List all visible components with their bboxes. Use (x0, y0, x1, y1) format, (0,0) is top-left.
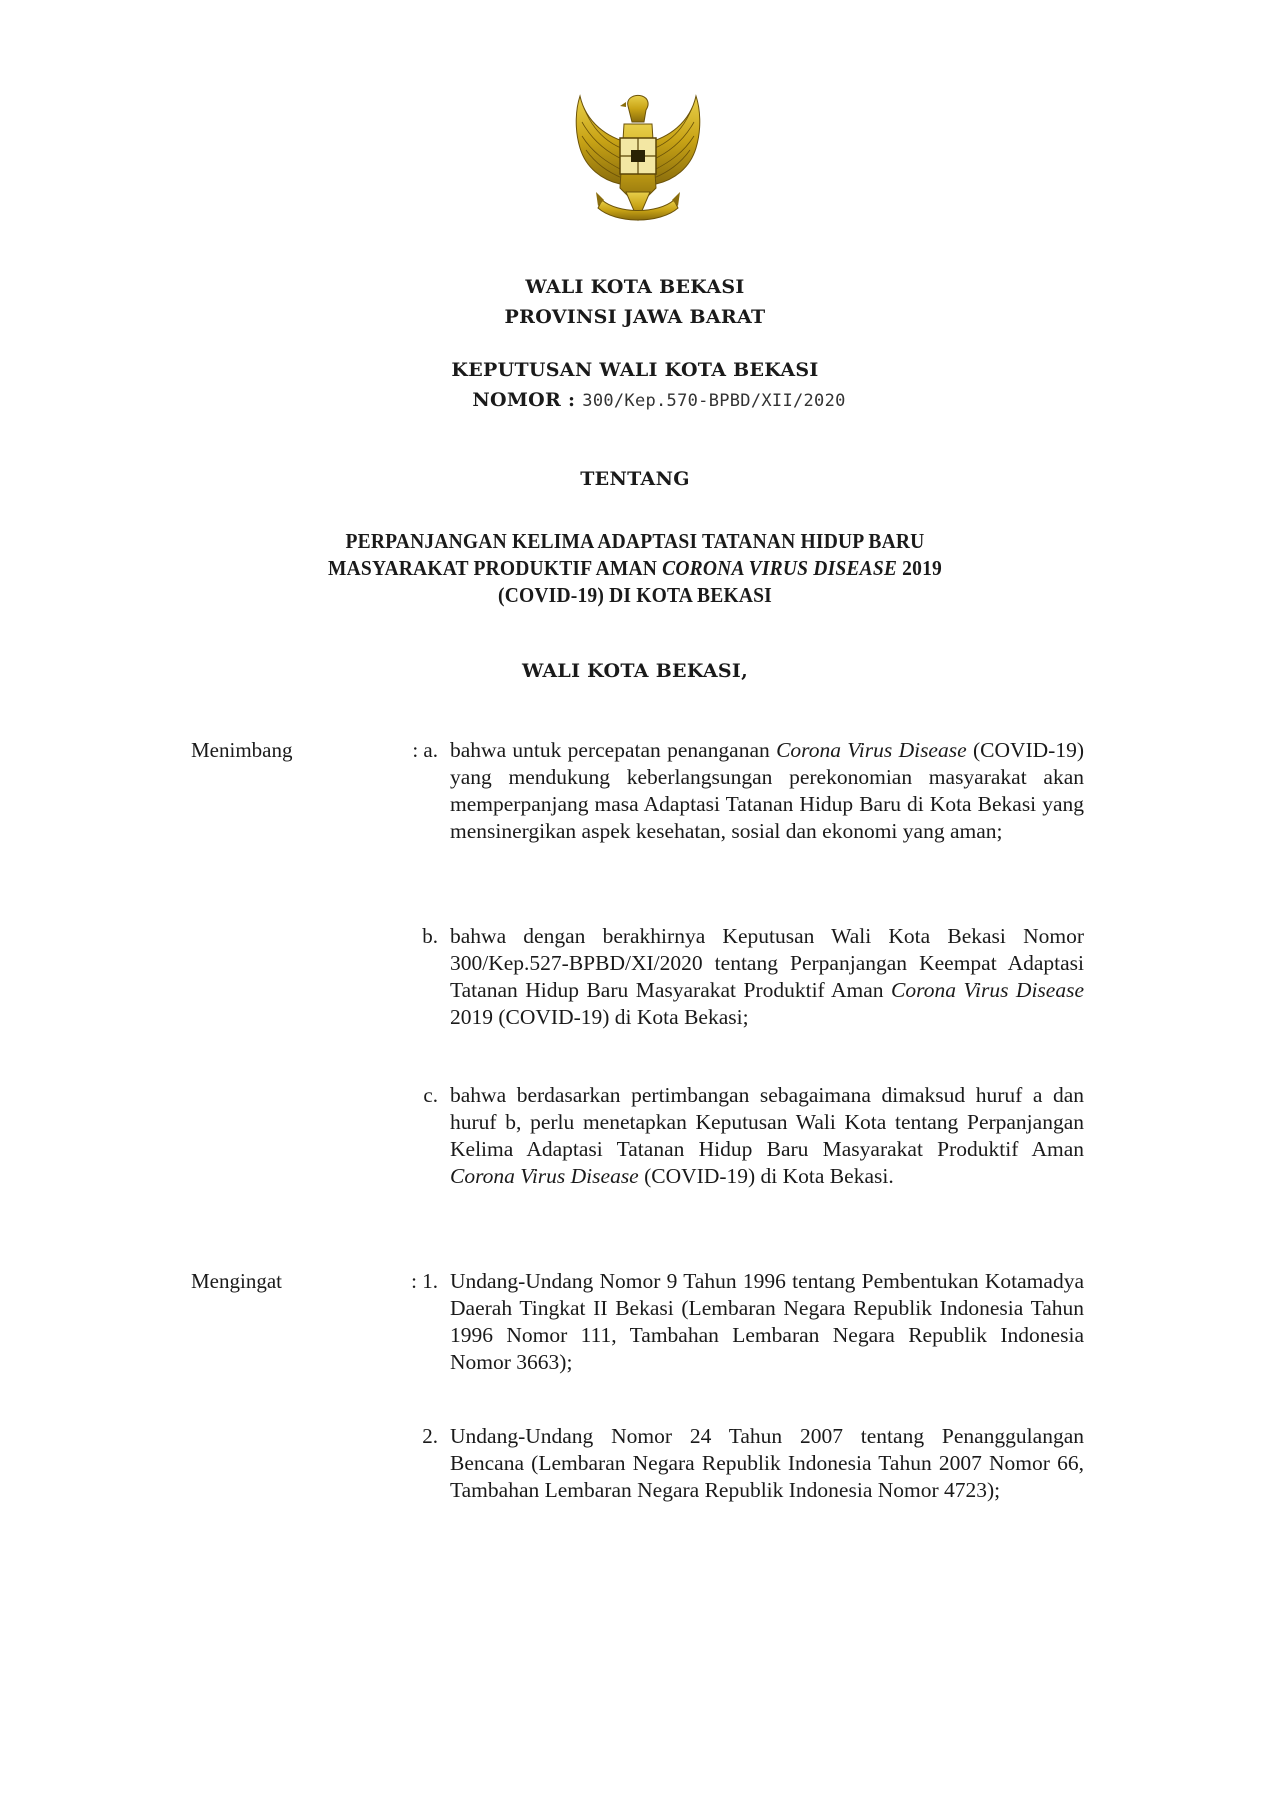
item-text-italic: Corona Virus Disease (891, 978, 1084, 1002)
item-text: bahwa untuk percepatan penanganan Corona… (450, 737, 1084, 845)
item-text-italic: Corona Virus Disease (450, 1164, 639, 1188)
item-text-part: bahwa untuk percepatan penanganan (450, 738, 776, 762)
item-text-part: 2019 (COVID-19) di Kota Bekasi; (450, 1005, 749, 1029)
decree-subject: PERPANJANGAN KELIMA ADAPTASI TATANAN HID… (44, 528, 1225, 609)
subject-line-2-year: 2019 (897, 556, 942, 580)
issuer-line-1: WALI KOTA BEKASI (0, 272, 1270, 302)
item-text: bahwa dengan berakhirnya Keputusan Wali … (450, 923, 1084, 1031)
subject-line-2-text: MASYARAKAT PRODUKTIF AMAN (328, 556, 662, 580)
subject-line-2-italic: CORONA VIRUS DISEASE (662, 556, 897, 580)
decree-number-label: NOMOR : (472, 389, 575, 411)
item-text: bahwa berdasarkan pertimbangan sebagaima… (450, 1082, 1084, 1190)
decree-title: KEPUTUSAN WALI KOTA BEKASI (0, 355, 1270, 385)
subject-line-3: (COVID-19) DI KOTA BEKASI (44, 582, 1225, 609)
decree-number-value: 300/Kep.570-BPBD/XII/2020 (582, 391, 845, 411)
item-marker: b. (388, 923, 438, 950)
item-text-italic: Corona Virus Disease (776, 738, 967, 762)
item-text: Undang-Undang Nomor 24 Tahun 2007 tentan… (450, 1423, 1084, 1504)
item-marker: : 1. (388, 1268, 438, 1295)
decree-heading: KEPUTUSAN WALI KOTA BEKASI NOMOR : 300/K… (0, 355, 1270, 416)
item-text-part: bahwa berdasarkan pertimbangan sebagaima… (450, 1083, 1084, 1161)
item-marker: c. (388, 1082, 438, 1109)
subject-line-1: PERPANJANGAN KELIMA ADAPTASI TATANAN HID… (44, 528, 1225, 555)
garuda-pancasila-emblem-icon (568, 88, 708, 234)
signatory-heading: WALI KOTA BEKASI, (0, 656, 1270, 686)
mengingat-label: Mengingat (191, 1268, 282, 1295)
issuer-heading: WALI KOTA BEKASI PROVINSI JAWA BARAT (0, 272, 1270, 332)
item-marker: 2. (388, 1423, 438, 1450)
decree-number: NOMOR : 300/Kep.570-BPBD/XII/2020 (0, 385, 1270, 416)
subject-line-2: MASYARAKAT PRODUKTIF AMAN CORONA VIRUS D… (44, 555, 1225, 582)
item-marker: : a. (388, 737, 438, 764)
item-text-part: (COVID-19) di Kota Bekasi. (639, 1164, 894, 1188)
issuer-line-2: PROVINSI JAWA BARAT (0, 302, 1270, 332)
tentang-heading: TENTANG (0, 464, 1270, 494)
item-text: Undang-Undang Nomor 9 Tahun 1996 tentang… (450, 1268, 1084, 1376)
menimbang-label: Menimbang (191, 737, 292, 764)
